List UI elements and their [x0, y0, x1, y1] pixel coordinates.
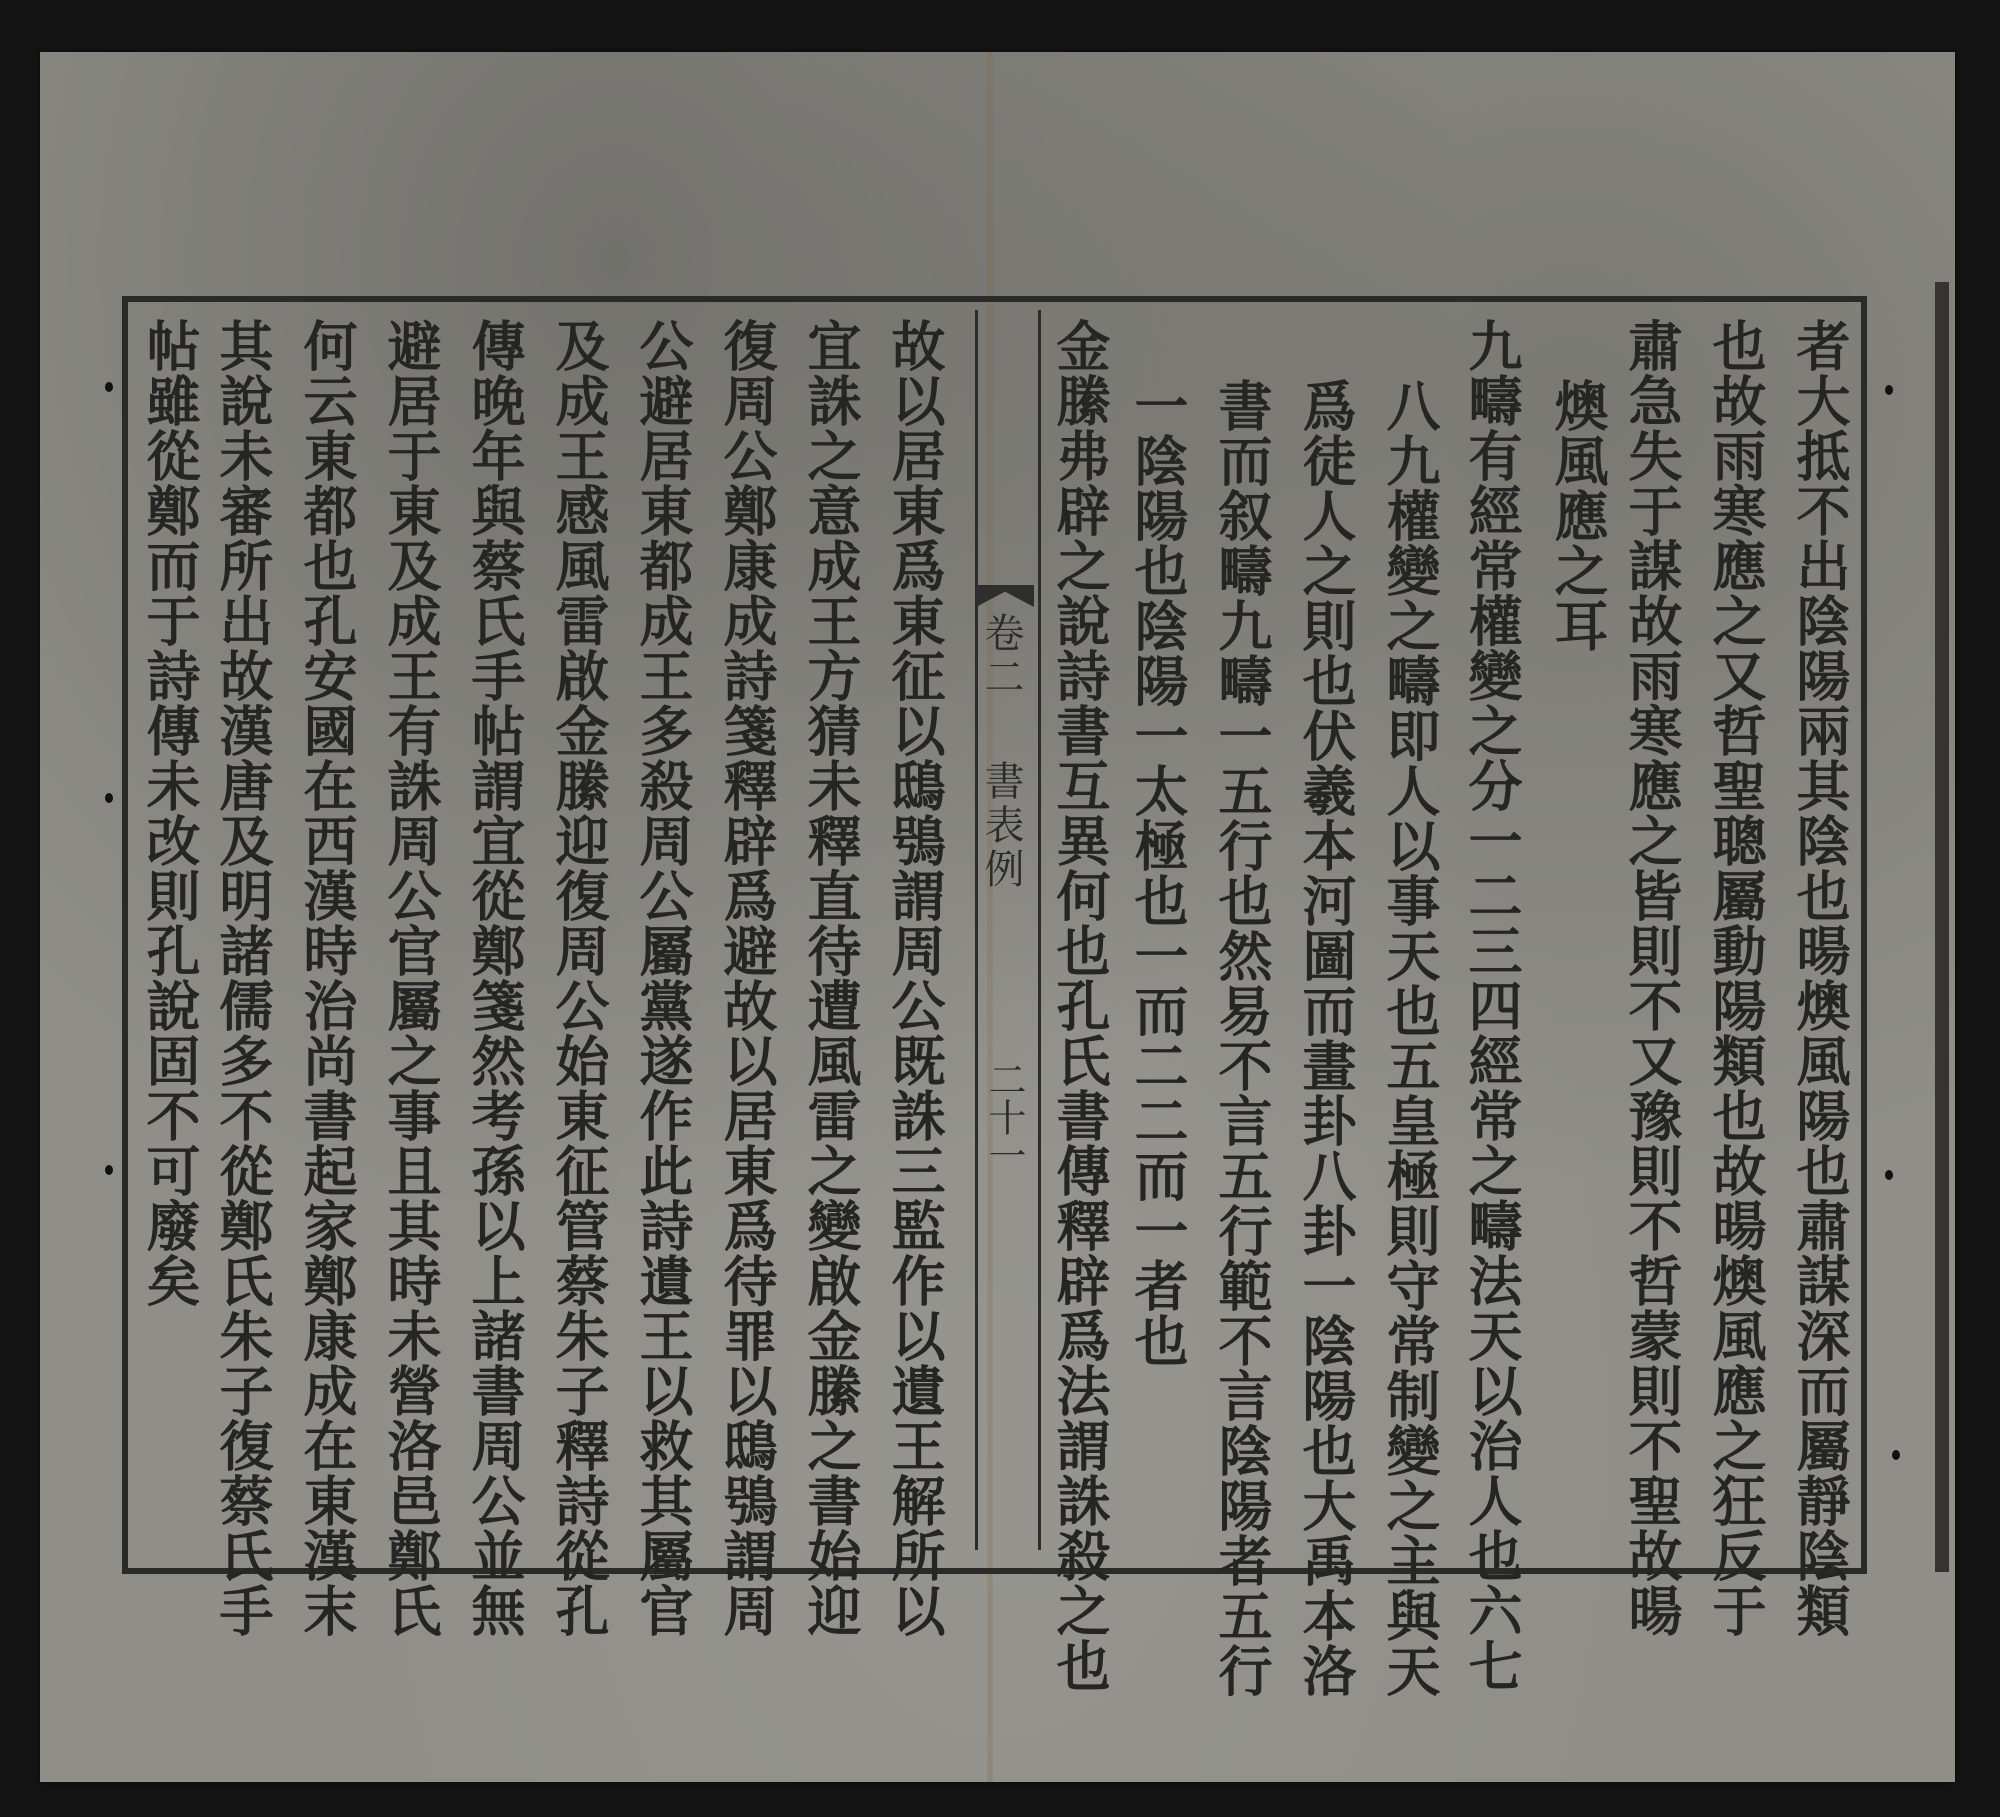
page-number: 二十一	[982, 1060, 1032, 1174]
binding-hole	[105, 793, 113, 803]
text-column-r2: 也故雨寒應之又哲聖聰屬動陽類也故暘燠風應之狂反于	[1706, 318, 1766, 1638]
text-column-l7: 避居于東及成王有誅周公官屬之事且其時未營洛邑鄭氏	[381, 318, 441, 1638]
text-column-l5: 及成王感風雷啟金縢迎復周公始東征管蔡朱子釋詩從孔	[549, 318, 609, 1638]
text-column-r4: 燠風應之耳	[1548, 378, 1608, 653]
text-column-l1: 故以居東爲東征以鴟鴞謂周公既誅三監作以遺王解所以	[885, 318, 945, 1638]
binding-hole	[1885, 385, 1893, 395]
center-column-title: 卷二書表例	[980, 612, 1030, 892]
section-label: 書表例	[978, 760, 1024, 892]
text-column-l3: 復周公鄭康成詩箋釋辟爲避故以居東爲待罪以鴟鴞謂周	[717, 318, 777, 1638]
text-column-r5: 九疇有經常權變之分一二三四經常之疇法天以治人也六七	[1462, 318, 1522, 1693]
binding-hole	[105, 1165, 113, 1175]
binding-hole	[1892, 1450, 1900, 1460]
text-column-r10: 金縢弗辟之說詩書互異何也孔氏書傳釋辟爲法謂誅殺之也	[1050, 318, 1110, 1693]
text-column-l9: 其說未審所出故漢唐及明諸儒多不從鄭氏朱子復蔡氏手	[213, 318, 273, 1638]
text-column-l6: 傳晚年與蔡氏手帖謂宜從鄭箋然考孫以上諸書周公並無	[465, 318, 525, 1638]
text-column-l4: 公避居東都成王多殺周公屬黨遂作此詩遺王以救其屬官	[633, 318, 693, 1638]
text-column-r7: 爲徒人之則也伏羲本河圖而畫卦八卦一陰陽也大禹本洛	[1296, 378, 1356, 1698]
binding-hole	[105, 382, 113, 392]
adjacent-page-border	[1935, 282, 1949, 1572]
text-column-l2: 宜誅之意成王方猜未釋直待遭風雷之變啟金縢之書始迎	[801, 318, 861, 1638]
text-column-r9: 一陰陽也陰陽一太極也一而二二而一者也	[1128, 378, 1188, 1368]
text-column-r1: 者大抵不出陰陽兩其陰也暘燠風陽也肅謀深而屬靜陰類	[1790, 318, 1850, 1638]
text-column-r8: 書而叙疇九疇一五行也然易不言五行範不言陰陽者五行	[1212, 378, 1272, 1698]
volume-label: 卷二	[978, 612, 1024, 700]
text-column-r3: 肅急失于謀故雨寒應之皆則不又豫則不哲蒙則不聖故暘	[1622, 318, 1682, 1638]
center-column-banxin	[975, 310, 1041, 1550]
text-column-r6: 八九權變之疇即人以事天也五皇極則守常制變之主與天	[1380, 378, 1440, 1698]
binding-hole	[1885, 1170, 1893, 1180]
text-column-l10: 帖雖從鄭而于詩傳未改則孔說固不可廢矣	[140, 318, 200, 1308]
text-column-l8: 何云東都也孔安國在西漢時治尚書起家鄭康成在東漢末	[297, 318, 357, 1638]
